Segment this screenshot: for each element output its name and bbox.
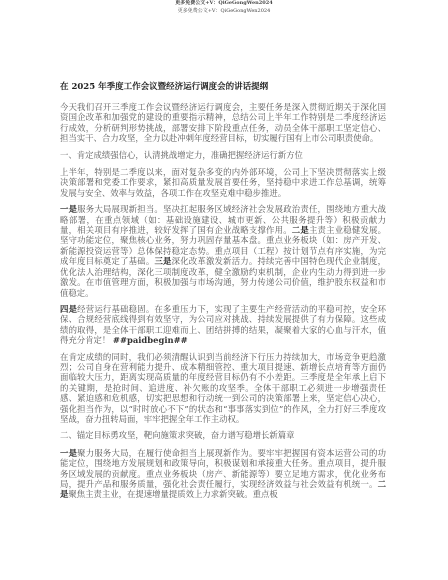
intro-paragraph: 今天我们召开三季度工作会议暨经济运行调度会，主要任务是深入贯彻近期关于深化国资国… — [60, 102, 386, 144]
paragraph-text: 聚力服务大局，在履行使命担当上展现新作为。要牢牢把握国有资本运营公司的功能定位，… — [60, 448, 386, 489]
section-2-paragraph-1: 一是聚力服务大局，在履行使命担当上展现新作为。要牢牢把握国有资本运营公司的功能定… — [60, 448, 386, 500]
lead-marker: 四是 — [60, 304, 77, 314]
lead-marker: 一是 — [60, 448, 77, 458]
paragraph-text: 经营运行基础稳固。在多重压力下，实现了主要生产经营活动的平稳可控，安全环保、合规… — [60, 304, 386, 345]
document-title: 在 2025 年季度工作会议暨经济运行调度会的讲话提纲 — [60, 82, 386, 93]
section-1-heading: 一、肯定成绩强信心，认清挑战增定力，准确把握经济运行新方位 — [60, 150, 386, 160]
watermark-line-2: 更多免费公文+V：QiGeGongWen2024 — [0, 8, 448, 14]
lead-marker: 二是 — [292, 225, 309, 235]
lead-marker: 一是 — [60, 204, 77, 214]
lead-marker: 三是 — [154, 256, 171, 266]
document-page: 在 2025 年季度工作会议暨经济运行调度会的讲话提纲 今天我们召开三季度工作会… — [60, 82, 386, 506]
paid-marker: ##paidbegin## — [113, 335, 188, 345]
paragraph-text: 聚焦主责主业，在提速增量提质效上力求新突破。重点板 — [68, 489, 277, 499]
section-1-paragraph-4: 在肯定成绩的同时，我们必须清醒认识到当前经济下行压力持续加大，市场竞争更趋激烈；… — [60, 352, 386, 425]
section-2-heading: 二、锚定目标勇攻坚，靶向施策求突破，奋力谱写稳增长新篇章 — [60, 430, 386, 440]
watermark-line-1: 更多免费公文+V：QiGeGongWen2024 — [0, 0, 448, 6]
section-1-paragraph-2: 一是服务大局展现新担当。坚决扛起服务区域经济社会发展政治责任，围绕地方重大战略部… — [60, 204, 386, 298]
section-1-paragraph-1: 上半年，特别是二季度以来，面对复杂多变的内外部环境，公司上下坚决贯彻落实上级决策… — [60, 167, 386, 198]
section-1-paragraph-3: 四是经营运行基础稳固。在多重压力下，实现了主要生产经营活动的平稳可控，安全环保、… — [60, 304, 386, 346]
